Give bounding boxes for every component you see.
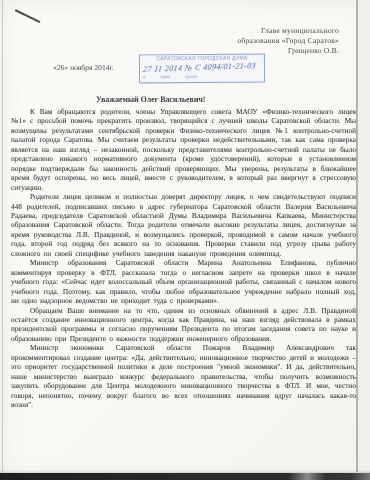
paragraph-2: Родители лицея целиком и полностью довер… — [11, 192, 356, 258]
recipient-line: образования «Город Саратов» — [237, 36, 339, 46]
scan-edge-band — [0, 473, 370, 480]
letter-date: «26» ноября 2014г. — [53, 63, 114, 72]
pen-mark — [15, 9, 41, 23]
recipient-block: Главе муниципального образования «Город … — [237, 26, 339, 57]
paper-left-edge — [2, 0, 3, 474]
registration-stamp: САРАТОВСКАЯ ГОРОДСКАЯ ДУМА 27 11 2014 № … — [139, 54, 265, 84]
letter-body: К Вам обращаются родители, члены Управля… — [11, 107, 356, 410]
stamp-form-fields: в. прим. время — [143, 74, 261, 81]
scanned-letter-page: Главе муниципального образования «Город … — [0, 0, 370, 480]
scan-margin-right — [358, 0, 370, 472]
paragraph-3: Министр образования Саратовской области … — [11, 258, 356, 305]
paragraph-5: Министр экономики Саратовской области По… — [11, 343, 356, 409]
stamp-handwritten-number: 27 11 2014 № С 4094/01-21-03 — [143, 61, 262, 74]
recipient-line: Главе муниципального — [237, 26, 339, 36]
salutation: Уважаемый Олег Васильевич! — [96, 95, 205, 104]
paragraph-1: К Вам обращаются родители, члены Управля… — [11, 107, 356, 192]
paragraph-4: Обращаем Ваше внимание на то что, одним … — [11, 306, 356, 344]
